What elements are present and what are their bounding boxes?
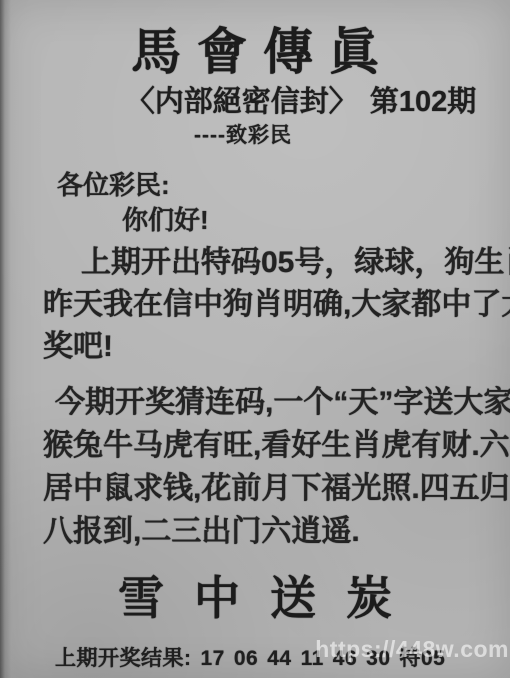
- slogan: 雪中送炭: [0, 562, 510, 628]
- dedication-line: ----致彩民: [0, 119, 510, 149]
- salutation: 各位彩民:: [57, 165, 170, 202]
- watermark: https://448w.com: [315, 636, 509, 663]
- paragraph-line: 八报到,二三出门六逍遥.: [43, 510, 496, 553]
- paragraph-line: 猴兔牛马虎有旺,看好生肖虎有财.六字: [43, 424, 496, 467]
- result-number: 44: [267, 647, 291, 670]
- paragraph-line: 上期开出特码05号，绿球，狗生肖。: [43, 242, 496, 284]
- page-title: 馬會傳眞: [0, 12, 510, 84]
- paragraph-tips: 今期开奖猜连码,一个“天”字送大家. 猴兔牛马虎有旺,看好生肖虎有财.六字 居中…: [43, 381, 496, 553]
- paragraph-line: 奖吧!: [43, 326, 496, 368]
- paragraph-line: 居中鼠求钱,花前月下福光照.四五归回: [43, 467, 496, 510]
- fax-document-page: 馬會傳眞 〈内部絕密信封〉第102期 ----致彩民 各位彩民: 你们好! 上期…: [0, 0, 510, 678]
- result-label: 上期开奖结果:: [55, 647, 192, 670]
- subtitle-line: 〈内部絕密信封〉第102期: [0, 79, 510, 120]
- envelope-label: 〈内部絕密信封〉: [126, 86, 358, 118]
- paragraph-line: 昨天我在信中狗肖明确,大家都中了大: [43, 284, 496, 326]
- issue-number: 第102期: [370, 86, 476, 118]
- greeting: 你们好!: [122, 200, 209, 237]
- result-number: 17: [201, 647, 225, 670]
- paragraph-line: 今期开奖猜连码,一个“天”字送大家.: [43, 381, 496, 424]
- result-number: 06: [234, 647, 258, 670]
- paragraph-last-draw: 上期开出特码05号，绿球，狗生肖。 昨天我在信中狗肖明确,大家都中了大 奖吧!: [43, 242, 496, 368]
